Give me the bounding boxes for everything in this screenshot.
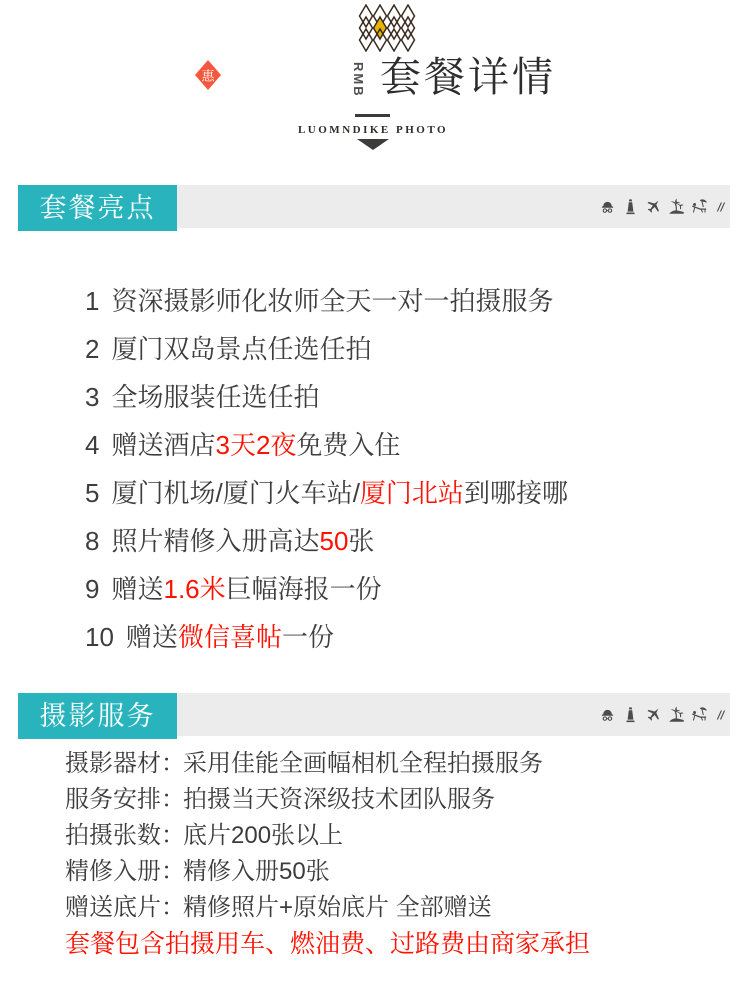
plane-icon: [645, 198, 662, 215]
rmb-label: RMB: [351, 62, 366, 98]
slashes-icon: [714, 200, 726, 214]
highlight-text: 张: [348, 526, 374, 556]
promo-badge-char: 惠: [201, 69, 215, 84]
page-title: 套餐详情: [380, 56, 556, 99]
package-detail-page: 惠 RMB 套餐详情 LUOMNDIKE PHOTO 套餐亮点 1资深摄影师化妆…: [0, 0, 750, 982]
beach-chair-icon: [691, 198, 708, 215]
highlight-text: 免费入住: [296, 430, 400, 460]
promo-badge-icon: 惠: [195, 60, 221, 90]
highlight-text: 厦门双岛景点任选任拍: [111, 334, 371, 364]
service-value: 采用佳能全画幅相机全程拍摄服务: [183, 751, 543, 776]
palm-island-icon: [668, 198, 685, 215]
service-value: 精修照片+原始底片 全部赠送: [183, 895, 492, 920]
highlights-list: 1资深摄影师化妆师全天一对一拍摄服务2厦门双岛景点任选任拍3全场服装任选任拍4赠…: [85, 288, 750, 650]
brand-header: 惠 RMB 套餐详情 LUOMNDIKE PHOTO: [0, 0, 750, 170]
highlight-text-red: 微信喜帖: [178, 622, 282, 652]
service-value: 精修入册50张: [183, 859, 330, 884]
highlight-text-red: 50: [319, 526, 348, 556]
highlight-number: 5: [85, 480, 99, 506]
section-header-services: 摄影服务: [18, 693, 730, 739]
highlight-item: 8照片精修入册高达50张: [85, 528, 750, 554]
service-label: 拍摄张数：: [65, 823, 183, 848]
highlight-item: 10赠送微信喜帖一份: [85, 624, 750, 650]
highlight-text: 巨幅海报一份: [226, 574, 382, 604]
highlight-item: 2厦门双岛景点任选任拍: [85, 336, 750, 362]
highlight-text: 全场服装任选任拍: [111, 382, 319, 412]
diamond-lattice-icon: [358, 4, 416, 52]
service-row: 精修入册：精修入册50张: [0, 859, 750, 884]
highlight-text: 照片精修入册高达: [111, 526, 319, 556]
palm-island-icon: [668, 706, 685, 723]
service-label: 精修入册：: [65, 859, 183, 884]
highlight-text: 赠送: [126, 622, 178, 652]
travel-icon-strip: [599, 693, 726, 736]
highlight-text: 赠送酒店: [111, 430, 215, 460]
service-row: 赠送底片：精修照片+原始底片 全部赠送: [0, 895, 750, 920]
highlight-item: 5厦门机场/厦门火车站/厦门北站到哪接哪: [85, 480, 750, 506]
section-highlights: 套餐亮点 1资深摄影师化妆师全天一对一拍摄服务2厦门双岛景点任选任拍3全场服装任…: [0, 185, 750, 650]
highlight-text: 资深摄影师化妆师全天一对一拍摄服务: [111, 286, 553, 316]
service-value: 拍摄当天资深级技术团队服务: [183, 787, 495, 812]
highlight-item: 1资深摄影师化妆师全天一对一拍摄服务: [85, 288, 750, 314]
service-value: 底片200张以上: [183, 823, 343, 848]
highlight-item: 4赠送酒店3天2夜免费入住: [85, 432, 750, 458]
service-rows: 摄影器材：采用佳能全画幅相机全程拍摄服务服务安排：拍摄当天资深级技术团队服务拍摄…: [0, 751, 750, 920]
highlight-number: 2: [85, 336, 99, 362]
highlight-text-red: 1.6米: [163, 574, 225, 604]
highlight-item: 9赠送1.6米巨幅海报一份: [85, 576, 750, 602]
travel-icon-strip: [599, 185, 726, 228]
section-services: 摄影服务 摄影器材：采用佳能全画幅相机全程拍摄服务服务安排：拍摄当天资深级技术团…: [0, 693, 750, 957]
section-title-tab: 摄影服务: [18, 693, 177, 739]
service-row: 摄影器材：采用佳能全画幅相机全程拍摄服务: [0, 751, 750, 776]
highlight-text-red: 厦门北站: [360, 478, 464, 508]
title-divider: [355, 114, 390, 117]
slashes-icon: [714, 708, 726, 722]
service-note: 套餐包含拍摄用车、燃油费、过路费由商家承担: [0, 931, 750, 957]
highlight-text: 到哪接哪: [464, 478, 568, 508]
service-label: 服务安排：: [65, 787, 183, 812]
down-arrow-icon: [357, 139, 389, 150]
highlight-item: 3全场服装任选任拍: [85, 384, 750, 410]
section-header-highlights: 套餐亮点: [18, 185, 730, 231]
tower-icon: [622, 706, 639, 723]
plane-icon: [645, 706, 662, 723]
highlight-number: 1: [85, 288, 99, 314]
highlight-text: 赠送: [111, 574, 163, 604]
tower-icon: [622, 198, 639, 215]
section-title-tab: 套餐亮点: [18, 185, 177, 231]
hat-glasses-icon: [599, 706, 616, 723]
service-row: 服务安排：拍摄当天资深级技术团队服务: [0, 787, 750, 812]
hat-glasses-icon: [599, 198, 616, 215]
highlight-number: 9: [85, 576, 99, 602]
service-row: 拍摄张数：底片200张以上: [0, 823, 750, 848]
highlight-number: 3: [85, 384, 99, 410]
highlight-text: 厦门机场/厦门火车站/: [111, 478, 359, 508]
highlight-number: 10: [85, 624, 114, 650]
highlight-number: 8: [85, 528, 99, 554]
beach-chair-icon: [691, 706, 708, 723]
highlight-text-red: 3天2夜: [215, 430, 296, 460]
service-label: 赠送底片：: [65, 895, 183, 920]
highlight-number: 4: [85, 432, 99, 458]
brand-subtitle: LUOMNDIKE PHOTO: [0, 124, 746, 136]
highlight-text: 一份: [282, 622, 334, 652]
service-label: 摄影器材：: [65, 751, 183, 776]
